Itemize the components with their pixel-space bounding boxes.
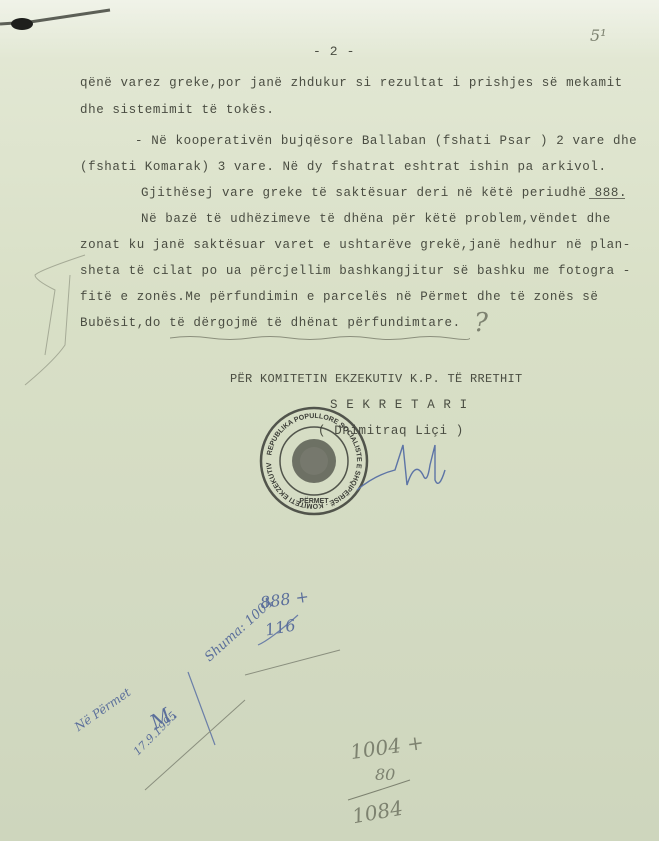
handwritten-sum2-b: 80 bbox=[375, 765, 395, 784]
pencil-underline bbox=[170, 334, 470, 342]
body-line-5: Gjithësej vare greke të saktësuar deri n… bbox=[141, 186, 627, 200]
body-line-6: Në bazë të udhëzimeve të dhëna për këtë … bbox=[141, 212, 611, 226]
paper-clip-icon bbox=[0, 8, 120, 32]
body-line-9: fitë e zonës.Me përfundimin e parcelës n… bbox=[80, 290, 598, 304]
official-stamp-icon: REPUBLIKA POPULLORE SOCIALISTE E SHQIPËR… bbox=[258, 405, 370, 517]
page-number: - 2 - bbox=[313, 44, 355, 59]
handwritten-signature bbox=[355, 440, 455, 500]
svg-text:PËRMET: PËRMET bbox=[299, 497, 329, 505]
handwritten-sum2-total: 1084 bbox=[350, 796, 404, 828]
handwritten-sum1-b: 116 bbox=[264, 615, 297, 639]
body-line-2: dhe sistemimit të tokës. bbox=[80, 103, 274, 117]
corner-page-mark: 5¹ bbox=[590, 26, 607, 45]
document-page: 5¹ - 2 - qënë varez greke,por janë zhduk… bbox=[0, 0, 659, 841]
body-line-4: (fshati Komarak) 3 vare. Në dy fshatrat … bbox=[80, 160, 607, 174]
body-line-10: Bubësit,do të dërgojmë të dhënat përfund… bbox=[80, 316, 461, 330]
body-line-7: zonat ku janë saktësuar varet e ushtarëv… bbox=[80, 238, 631, 252]
signature-org: PËR KOMITETIN EKZEKUTIV K.P. TË RRETHIT bbox=[230, 372, 523, 386]
body-line-3: - Në kooperativën bujqësore Ballaban (fs… bbox=[135, 134, 637, 148]
question-mark: ? bbox=[474, 308, 488, 338]
handwritten-sum2-a: 1004 + bbox=[349, 730, 426, 764]
body-line-8: sheta të cilat po ua përcjellim bashkang… bbox=[80, 264, 631, 278]
underline-total bbox=[589, 198, 625, 199]
handwritten-note-left: Në Përmet bbox=[72, 685, 133, 734]
body-line-1: qënë varez greke,por janë zhdukur si rez… bbox=[80, 76, 623, 90]
